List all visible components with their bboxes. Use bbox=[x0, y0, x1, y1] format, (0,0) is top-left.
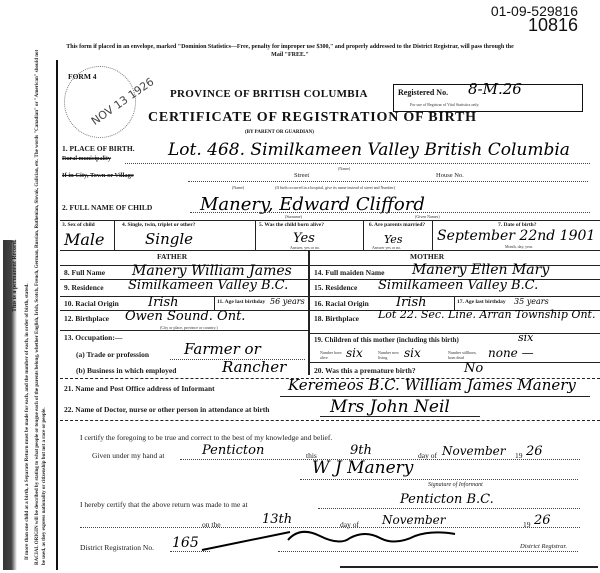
given-year-value: 26 bbox=[526, 444, 543, 459]
children-value: six bbox=[518, 331, 533, 344]
born-alive-label: 5. Was the child born alive? bbox=[259, 222, 324, 228]
registered-number-label: Registered No. bbox=[398, 88, 448, 97]
children-label: 19. Children of this mother (including t… bbox=[314, 336, 459, 344]
parents-married-label: 6. Are parents married? bbox=[366, 222, 428, 228]
father-birthplace-value: Owen Sound. Ont. bbox=[125, 309, 245, 324]
living-count-value: six bbox=[404, 346, 421, 360]
margin-note-permanent: This is a permanent Record. bbox=[12, 240, 18, 313]
mother-heading: MOTHER bbox=[410, 252, 444, 261]
row-line bbox=[310, 362, 600, 363]
registrar-place-line bbox=[318, 508, 580, 509]
date-of-birth-note: Month, day, year. bbox=[505, 244, 533, 249]
informant-value: Keremeos B.C. William James Manery bbox=[288, 376, 576, 394]
plurality-label: 4. Single, twin, triplet or other? bbox=[122, 222, 196, 228]
row-divider bbox=[60, 250, 600, 251]
father-age-label: 11. Age last birthday bbox=[217, 299, 265, 305]
row-divider bbox=[60, 420, 600, 421]
margin-note-multiple-births: If more than one child at a birth, a Sep… bbox=[24, 60, 31, 560]
child-name-line bbox=[190, 212, 590, 213]
day-of-label: day of bbox=[418, 451, 437, 460]
business-value: Rancher bbox=[222, 358, 286, 376]
serial-number-block: 01-09-529816 10816 bbox=[491, 4, 578, 32]
margin-note-racial-origin: RACIAL ORIGIN will be described by stati… bbox=[34, 45, 48, 565]
mother-birthplace-label: 18. Birthplace bbox=[314, 314, 359, 323]
secondary-number: 10816 bbox=[491, 18, 578, 32]
occupation-label: 13. Occupation:— bbox=[64, 333, 122, 342]
plurality-value: Single bbox=[145, 230, 193, 248]
mailing-notice: This form if placed in an envelope, mark… bbox=[60, 43, 520, 59]
row-line bbox=[60, 330, 308, 331]
informant-signature: W J Manery bbox=[312, 458, 413, 478]
given-at-label: Given under my hand at bbox=[92, 451, 164, 460]
registered-number-note: For use of Registrar of Vital Statistics… bbox=[410, 102, 479, 107]
certification-statement: I certify the foregoing to be true and c… bbox=[80, 433, 332, 442]
mother-name-label: 14. Full maiden Name bbox=[314, 268, 384, 277]
surname-note: (Surname) bbox=[285, 214, 302, 219]
father-birthplace-label: 12. Birthplace bbox=[64, 314, 109, 323]
district-registrar-label: District Registrar. bbox=[520, 543, 567, 550]
place-of-birth-label: 1. PLACE OF BIRTH. bbox=[62, 144, 135, 153]
street-label: Street bbox=[294, 172, 309, 179]
father-residence-label: 9. Residence bbox=[64, 283, 104, 292]
signature-line bbox=[300, 479, 578, 480]
born-alive-count-value: six bbox=[346, 346, 363, 360]
district-registration-value: 165 bbox=[172, 535, 199, 551]
father-racial-origin-value: Irish bbox=[148, 295, 179, 310]
cell-divider bbox=[432, 220, 433, 250]
row-divider bbox=[60, 220, 600, 221]
father-age-value: 56 years bbox=[270, 297, 305, 306]
mother-age-value: 35 years bbox=[514, 297, 549, 306]
informant-label: 21. Name and Post Office address of Info… bbox=[64, 384, 215, 393]
city-town-line bbox=[188, 181, 588, 182]
sex-value: Male bbox=[64, 230, 105, 249]
father-name-value: Manery William James bbox=[132, 263, 292, 279]
mother-racial-origin-label: 16. Racial Origin bbox=[314, 299, 369, 308]
given-place-value: Penticton bbox=[202, 443, 264, 458]
cell-divider bbox=[214, 296, 215, 310]
born-alive-count-label: Number born alive bbox=[320, 350, 342, 360]
row-line bbox=[310, 296, 600, 297]
father-residence-value: Similkameen Valley B.C. bbox=[128, 278, 288, 293]
city-town-label: If in City, Town or Village bbox=[62, 172, 134, 179]
father-racial-origin-label: 10. Racial Origin bbox=[64, 299, 119, 308]
doctor-value: Mrs John Neil bbox=[330, 397, 450, 417]
place-of-birth-value: Lot. 468. Similkameen Valley British Col… bbox=[168, 140, 570, 160]
registrar-year-prefix: 19 bbox=[523, 520, 531, 529]
stillborn-count-label: Number stillborn, born dead bbox=[448, 350, 482, 360]
row-line bbox=[310, 333, 600, 334]
registrar-signature-line bbox=[278, 551, 578, 552]
certificate-title: CERTIFICATE OF REGISTRATION OF BIRTH bbox=[148, 110, 477, 126]
cell-divider bbox=[255, 220, 256, 250]
house-no-label: House No. bbox=[436, 172, 464, 179]
mother-birthplace-value: Lot 22. Sec. Line. Arran Township Ont. bbox=[378, 308, 598, 321]
parents-column-divider bbox=[308, 250, 310, 375]
certificate-subtitle: (BY PARENT OR GUARDIAN) bbox=[245, 130, 314, 135]
father-heading: FATHER bbox=[157, 252, 187, 261]
cell-divider bbox=[363, 220, 364, 250]
mother-name-value: Manery Ellen Mary bbox=[412, 262, 549, 278]
mother-age-label: 17. Age last birthday bbox=[457, 299, 506, 305]
place-of-birth-note: (Name) bbox=[338, 166, 350, 171]
mother-residence-label: 15. Residence bbox=[314, 283, 357, 292]
given-year-prefix: 19 bbox=[515, 451, 523, 460]
province-heading: PROVINCE OF BRITISH COLUMBIA bbox=[170, 88, 368, 100]
registrar-year-value: 26 bbox=[534, 513, 551, 528]
bottom-rule bbox=[340, 566, 598, 568]
cell-divider bbox=[114, 220, 115, 250]
city-name-note: (Name) bbox=[232, 185, 244, 190]
doctor-label: 22. Name of Doctor, nurse or other perso… bbox=[64, 405, 269, 414]
given-month-value: November bbox=[442, 444, 506, 458]
doctor-line bbox=[320, 416, 480, 417]
district-registration-label: District Registration No. bbox=[80, 543, 154, 552]
mother-residence-value: Similkameen Valley B.C. bbox=[378, 278, 538, 293]
given-names-note: (Given Names) bbox=[415, 214, 440, 219]
child-name-label: 2. FULL NAME OF CHILD bbox=[62, 203, 152, 212]
premature-value: No bbox=[464, 361, 483, 376]
father-name-label: 8. Full Name bbox=[64, 268, 105, 277]
trade-value: Farmer or bbox=[184, 340, 261, 358]
place-of-birth-line bbox=[125, 163, 590, 164]
form-number: FORM 4 bbox=[68, 72, 97, 81]
margin-rule bbox=[56, 60, 58, 570]
given-day-value: 9th bbox=[350, 443, 372, 458]
rural-municipality-label: Rural municipality bbox=[62, 156, 111, 162]
stillborn-count-value: none — bbox=[488, 346, 534, 360]
premature-label: 20. Was this a premature birth? bbox=[314, 366, 416, 375]
living-count-label: Number now living bbox=[378, 350, 400, 360]
business-label: (b) Business in which employed bbox=[76, 366, 176, 375]
sex-label: 3. Sex of child bbox=[62, 222, 95, 228]
trade-label: (a) Trade or profession bbox=[76, 350, 149, 359]
born-alive-value: Yes bbox=[293, 231, 315, 246]
registrar-statement: I hereby certify that the above return w… bbox=[80, 500, 248, 509]
date-of-birth-value: September 22nd 1901 bbox=[437, 228, 595, 244]
hospital-note: (If birth occurred in a hospital, give i… bbox=[275, 185, 395, 190]
registered-number-value: 8-M.26 bbox=[468, 80, 522, 98]
registrar-place-value: Penticton B.C. bbox=[400, 492, 494, 507]
signature-label: Signature of Informant bbox=[428, 482, 483, 488]
